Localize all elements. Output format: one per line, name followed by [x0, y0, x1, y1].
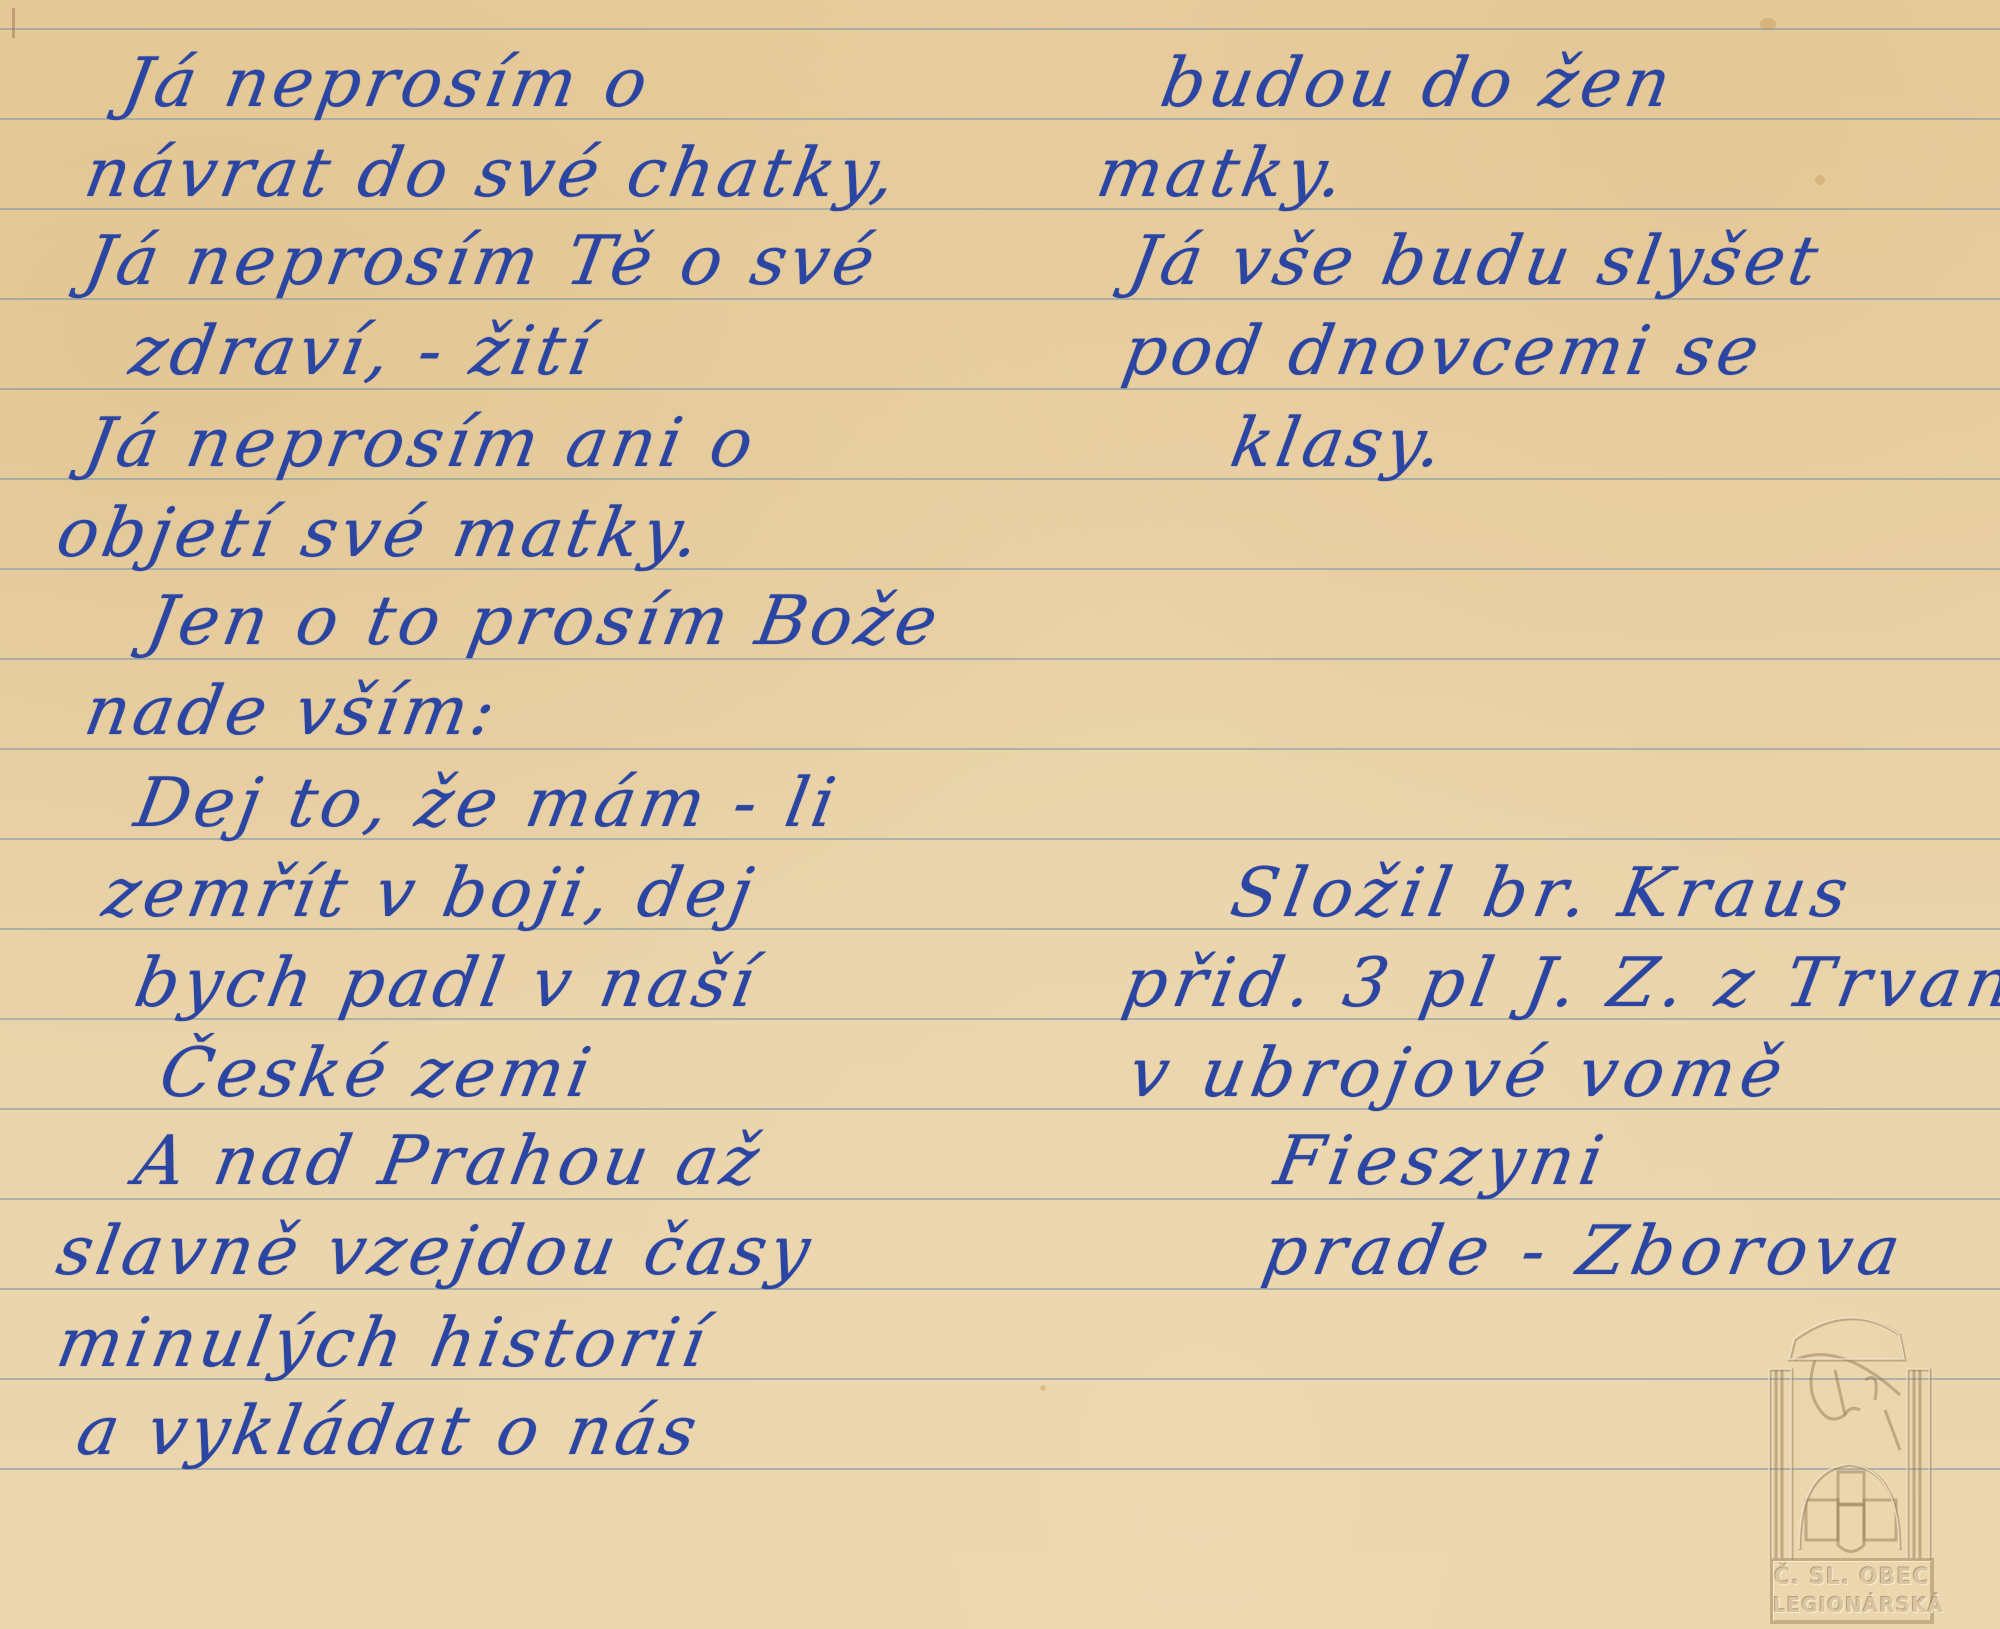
poem-line: Jen o to prosím Bože — [142, 588, 946, 656]
emblem-text-line1: Č. SL. OBEC — [1773, 1565, 1931, 1590]
signature-line: v ubrojové vomě — [1124, 1040, 1793, 1108]
poem-line: Já neprosím ani o — [80, 410, 762, 478]
poem-line: budou do žen — [1156, 50, 1679, 118]
poem-line: České zemi — [155, 1040, 600, 1108]
legion-emblem-stamp: Č. SL. OBEC LEGIONÁRSKÁ — [1750, 1300, 1950, 1600]
poem-line: návrat do své chatky, — [80, 140, 904, 208]
ruled-line — [0, 28, 2000, 30]
soldier-crest-icon — [1750, 1300, 1950, 1560]
poem-line: A nad Prahou až — [130, 1128, 768, 1196]
poem-line: Dej to, že mám - li — [130, 770, 844, 838]
poem-line: minulých historií — [52, 1310, 714, 1378]
paper-stain — [1815, 175, 1825, 185]
poem-line: nade vším: — [80, 678, 504, 746]
handwritten-page: Já neprosím o návrat do své chatky, Já n… — [0, 0, 2000, 1629]
margin-tick — [12, 8, 15, 38]
signature-line: Složil br. Kraus — [1226, 860, 1859, 928]
poem-line: klasy. — [1226, 410, 1451, 478]
signature-line: Fieszyni — [1270, 1128, 1614, 1196]
emblem-label-box: Č. SL. OBEC LEGIONÁRSKÁ — [1770, 1558, 1934, 1624]
signature-line: prade - Zborova — [1258, 1218, 1911, 1286]
poem-line: zdraví, - žití — [125, 318, 600, 386]
poem-line: slavně vzejdou časy — [52, 1218, 819, 1286]
paper-stain — [1040, 1385, 1046, 1391]
poem-line: Já neprosím Tě o své — [80, 228, 883, 296]
poem-line: Já neprosím o — [118, 50, 656, 118]
poem-line: zemřít v boji, dej — [98, 860, 761, 928]
poem-line: bych padl v naší — [130, 950, 763, 1018]
poem-line: a vykládat o nás — [72, 1398, 705, 1466]
poem-line: Já vše budu slyšet — [1124, 228, 1826, 296]
signature-line: přid. 3 pl J. Z. z Trvan — [1118, 950, 2000, 1018]
paper-stain — [1760, 18, 1776, 30]
poem-line: matky. — [1092, 140, 1353, 208]
emblem-text-line2: LEGIONÁRSKÁ — [1773, 1593, 1931, 1617]
poem-line: objetí své matky. — [52, 500, 708, 568]
poem-line: pod dnovcemi se — [1118, 318, 1768, 386]
